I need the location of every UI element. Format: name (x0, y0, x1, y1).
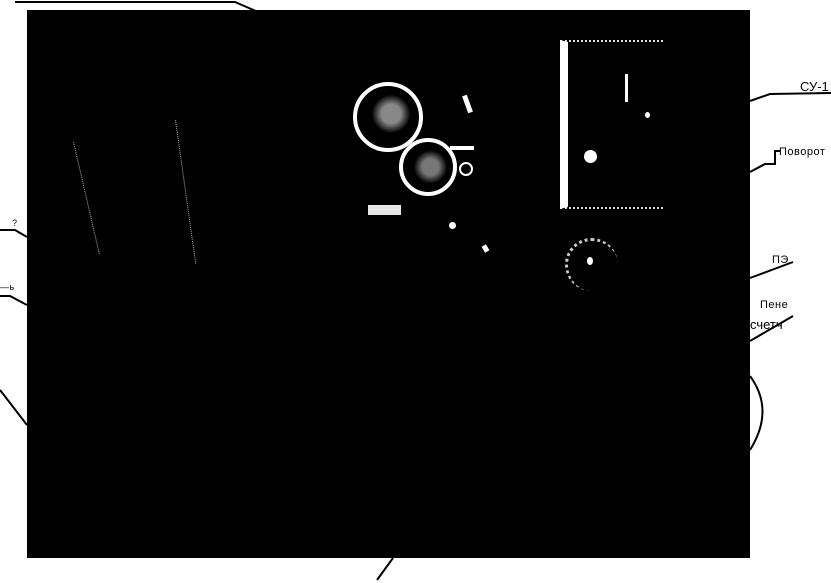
label-su-1: СУ-1 (800, 80, 829, 93)
label-pene: Пене (760, 300, 788, 311)
label-povorot: Поворот (779, 147, 831, 158)
label-pe: ПЭ (772, 255, 789, 266)
label-schetch: счетч (750, 318, 831, 331)
label-left-1: ? (12, 219, 18, 228)
label-left-2: —ь (0, 283, 15, 292)
figure: СУ-1 Поворот ПЭ Пене счетч ? —ь (0, 0, 831, 583)
leader-lines (0, 0, 831, 583)
